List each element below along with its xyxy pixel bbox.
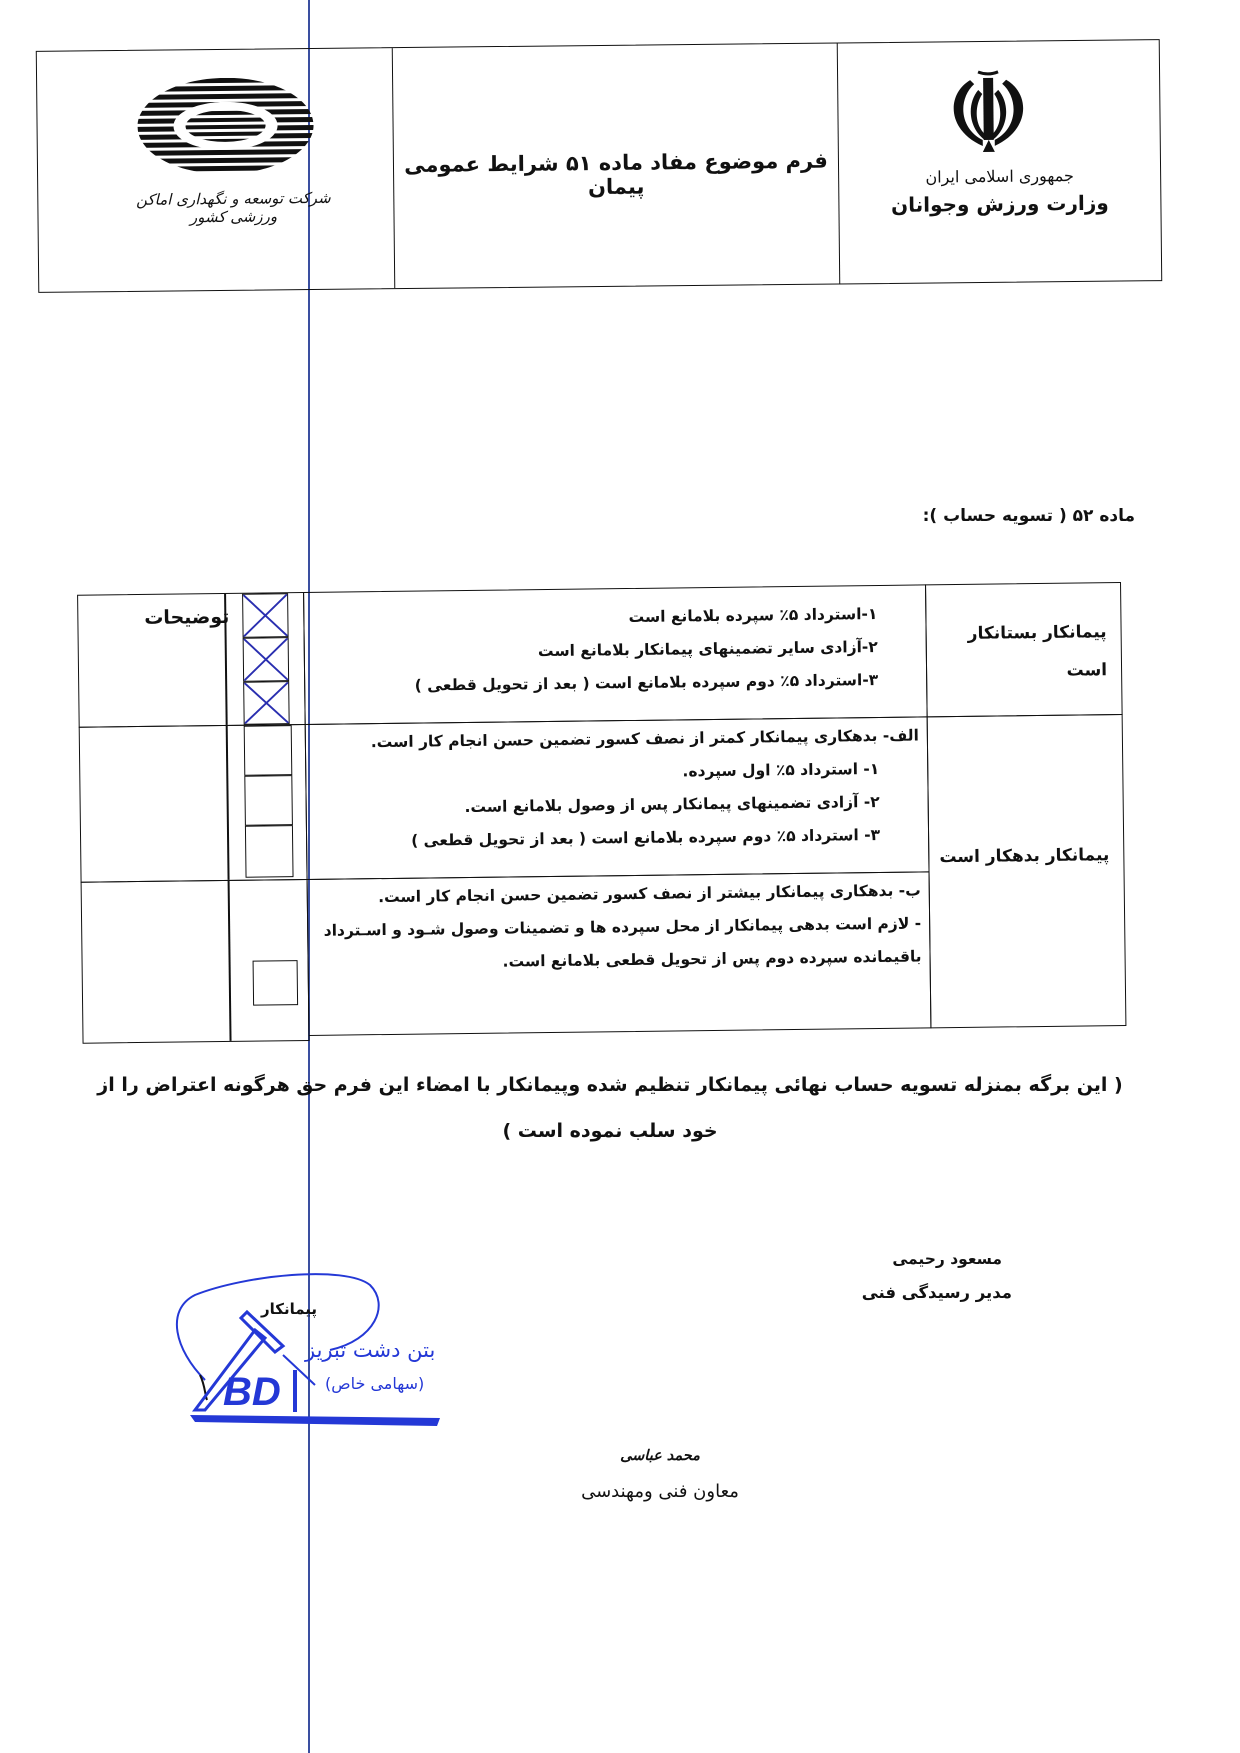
signer-title: معاون فنی ومهندسی bbox=[540, 1474, 780, 1510]
ministry-cell: جمهوری اسلامی ایران وزارت ورزش وجوانان bbox=[838, 40, 1161, 283]
notice-line-1: ( این برگه بمنزله تسویه حساب نهائی پیمان… bbox=[90, 1062, 1130, 1108]
row-debtor-label: پیمانکار بدهکار است bbox=[939, 845, 1109, 867]
checkbox-a2[interactable] bbox=[244, 775, 293, 826]
signer-title: مدیر رسیدگی فنی bbox=[862, 1276, 1012, 1310]
iran-emblem-icon bbox=[938, 63, 1039, 156]
row-debtor-label-cell: پیمانکار بدهکار است bbox=[927, 714, 1127, 1028]
signature-technical-review: مسعود رحیمی مدیر رسیدگی فنی bbox=[862, 1242, 1012, 1310]
form-title: فرم موضوع مفاد ماده ۵۱ شرایط عمومی پیمان bbox=[394, 148, 838, 201]
checkbox-checked[interactable] bbox=[242, 593, 289, 638]
row-creditor-label-cell: پیمانکار بستانکار است bbox=[925, 582, 1123, 717]
row-creditor-label-line2: است bbox=[968, 651, 1107, 691]
signature-deputy: محمد عباسی معاون فنی ومهندسی bbox=[540, 1438, 780, 1510]
signer-name: مسعود رحیمی bbox=[862, 1242, 1012, 1276]
form-title-cell: فرم موضوع مفاد ماده ۵۱ شرایط عمومی پیمان bbox=[393, 43, 840, 288]
notes-cell-a bbox=[79, 724, 308, 883]
notice-line-2: خود سلب نموده است ) bbox=[90, 1108, 1130, 1154]
subsection-a-cell: الف- بدهکاری پیمانکار کمتر از نصف کسور ت… bbox=[305, 716, 930, 880]
organization-name: شرکت توسعه و نگهداری اماکن ورزشی کشور bbox=[118, 189, 348, 227]
column-divider bbox=[228, 881, 231, 1041]
settlement-table: پیمانکار بستانکار است ۱-استرداد ۵٪ سپرده… bbox=[77, 582, 1126, 1047]
stamp-company-type: (سهامی خاص) bbox=[325, 1374, 424, 1393]
notes-cell: توضیحات bbox=[77, 592, 306, 728]
list-item: ۳-استرداد ۵٪ دوم سپرده بلامانع است ( بعد… bbox=[414, 664, 878, 703]
subsection-b-cell: ب- بدهکاری پیمانکار بیشتر از نصف کسور تض… bbox=[307, 871, 932, 1036]
final-settlement-notice: ( این برگه بمنزله تسویه حساب نهائی پیمان… bbox=[90, 1062, 1130, 1154]
notes-header: توضیحات bbox=[144, 606, 229, 629]
signer-name: محمد عباسی bbox=[540, 1438, 780, 1474]
list-item: ۳- استرداد ۵٪ دوم سپرده بلامانع است ( بع… bbox=[372, 819, 881, 858]
letterhead-box: شرکت توسعه و نگهداری اماکن ورزشی کشور فر… bbox=[36, 39, 1162, 293]
organization-cell: شرکت توسعه و نگهداری اماکن ورزشی کشور bbox=[37, 48, 395, 292]
contractor-stamp: پیمانکار بتن دشت تبریز (سهامی خاص) BD bbox=[165, 1270, 485, 1440]
ellipse-striped-logo-icon bbox=[135, 75, 316, 177]
government-name: جمهوری اسلامی ایران bbox=[839, 165, 1160, 187]
section-label: ماده ۵۲ ( تسویه حساب ): bbox=[923, 506, 1135, 526]
row-creditor-label-line1: پیمانکار بستانکار bbox=[967, 613, 1106, 653]
checkbox-checked[interactable] bbox=[243, 681, 290, 725]
checkbox-a3[interactable] bbox=[245, 825, 294, 878]
stamp-logo-text: BD bbox=[223, 1370, 281, 1415]
stamp-company-name: بتن دشت تبریز bbox=[305, 1338, 435, 1362]
checkbox-a1[interactable] bbox=[244, 725, 293, 776]
checkbox-b1[interactable] bbox=[253, 960, 299, 1006]
checkbox-checked[interactable] bbox=[243, 637, 290, 682]
notes-cell-b bbox=[81, 879, 310, 1044]
column-divider bbox=[226, 726, 229, 880]
ministry-name: وزارت ورزش وجوانان bbox=[839, 190, 1160, 217]
stamp-role: پیمانکار bbox=[261, 1300, 317, 1318]
row-creditor-items-cell: ۱-استرداد ۵٪ سپرده بلامانع است ۲-آزادی س… bbox=[303, 584, 928, 725]
